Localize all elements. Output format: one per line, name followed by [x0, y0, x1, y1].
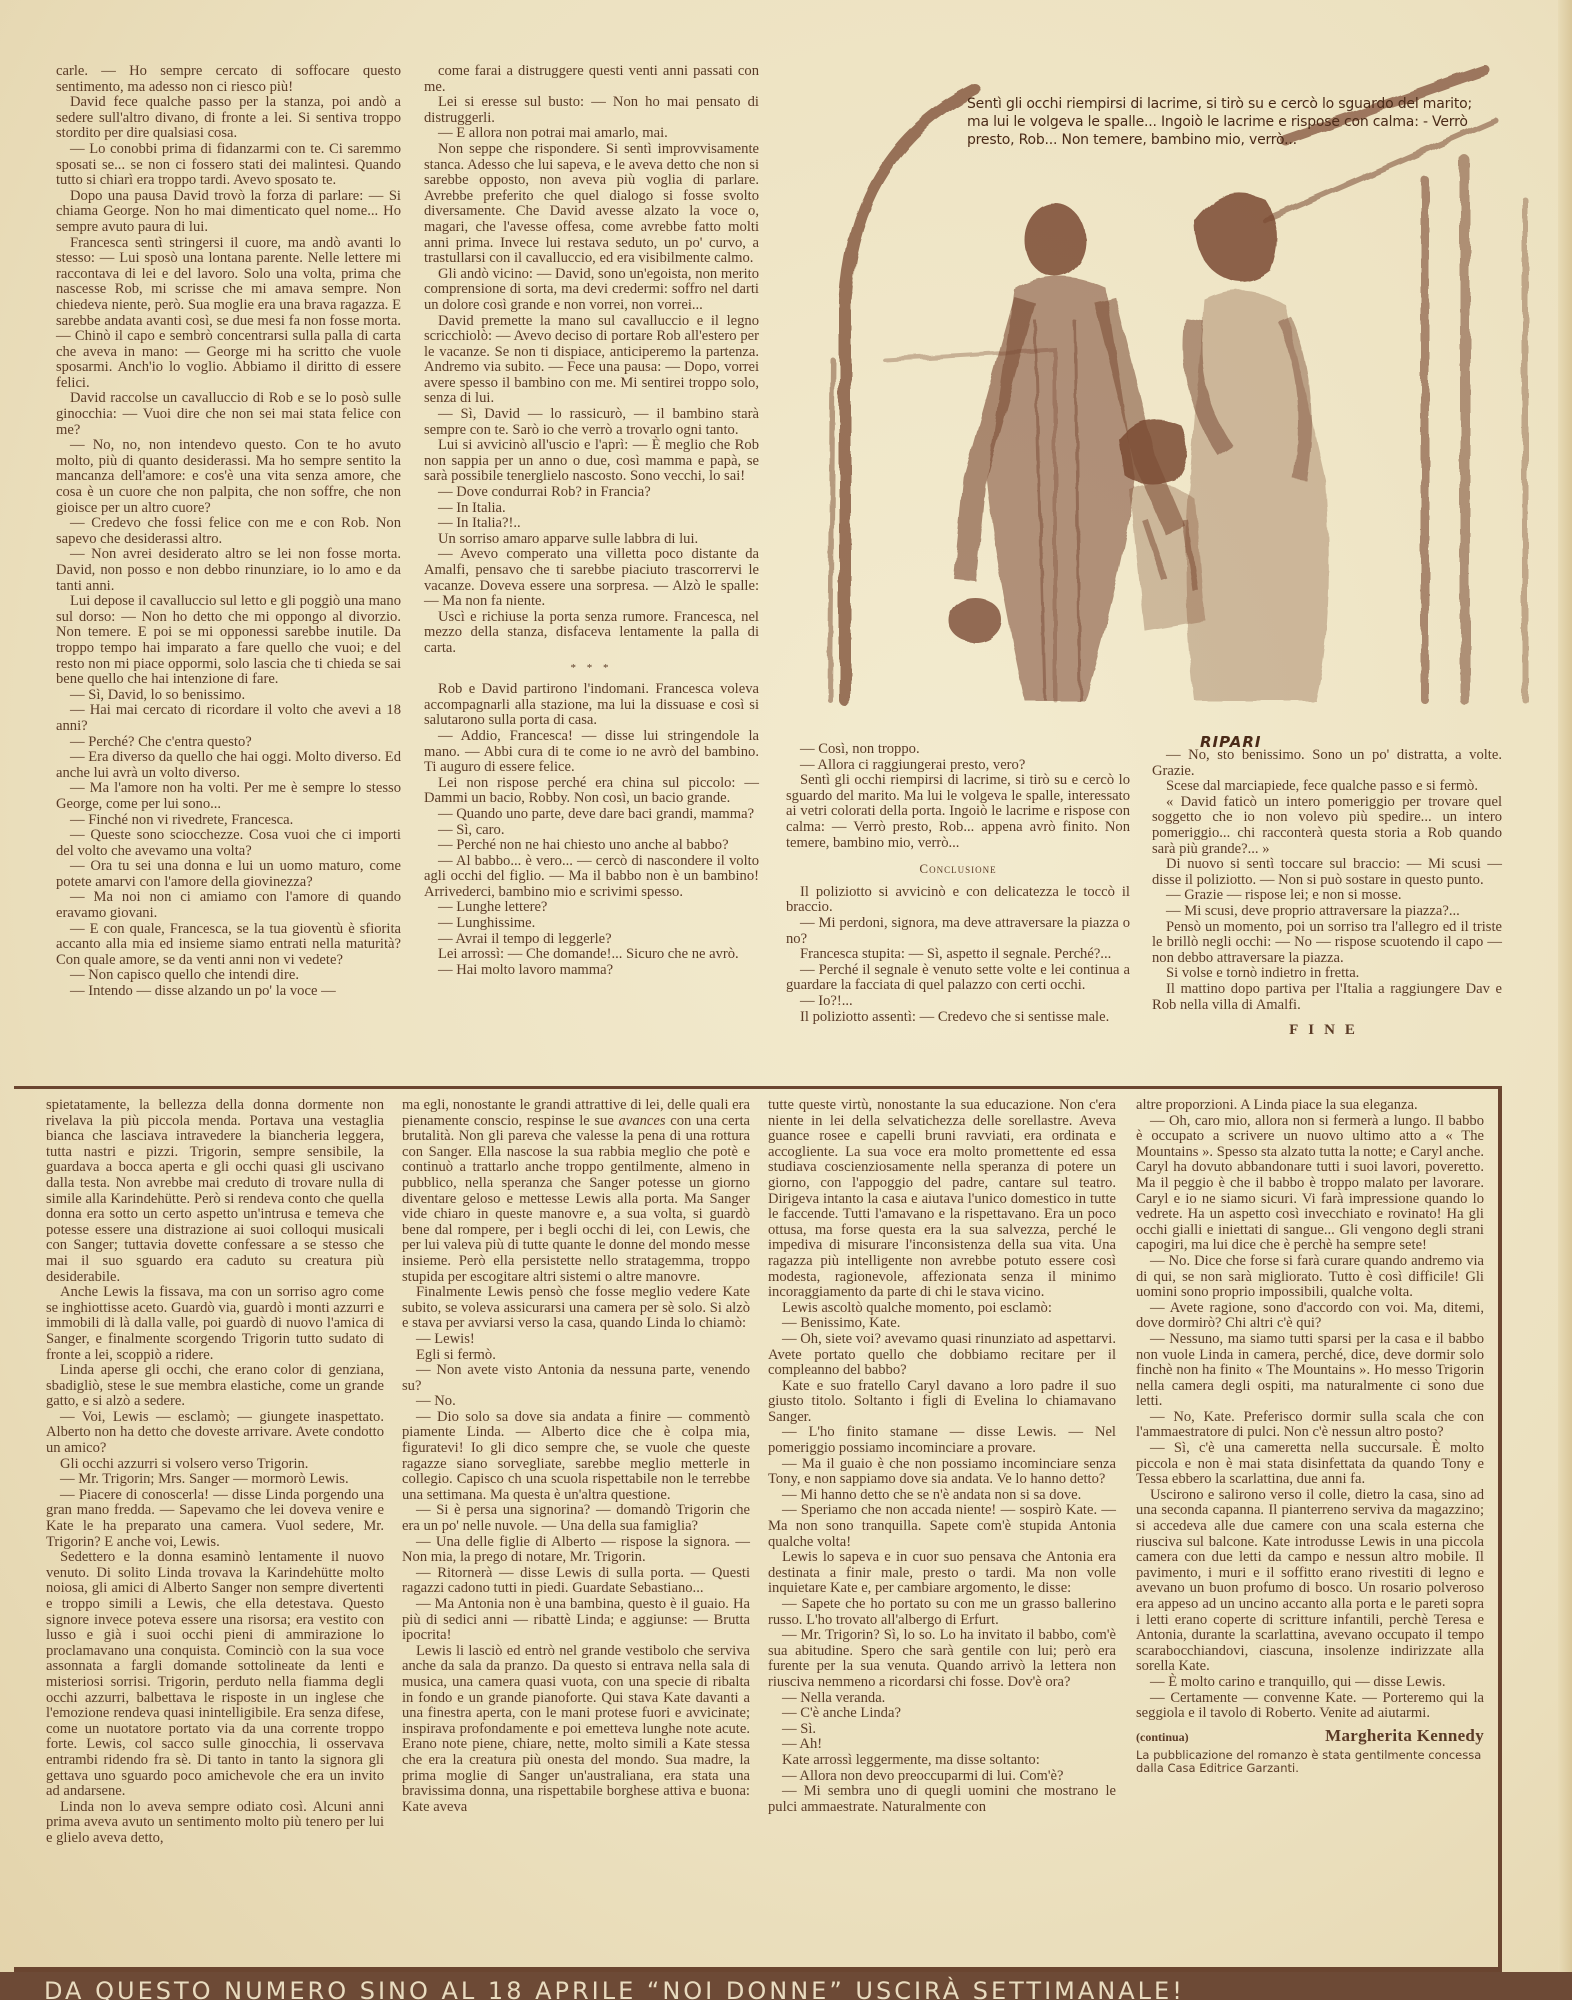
- paragraph: — Piacere di conoscerla! — disse Linda p…: [46, 1488, 384, 1550]
- paragraph: Uscì e richiuse la porta senza rumore. F…: [424, 610, 759, 657]
- paragraph: — No, Kate. Preferisco dormir sulla scal…: [1136, 1410, 1484, 1441]
- paragraph: Kate arrossì leggermente, ma disse solta…: [768, 1753, 1116, 1769]
- continued-label: (continua): [1136, 1730, 1189, 1746]
- paragraph: — Ma il guaio è che non possiamo incomin…: [768, 1457, 1116, 1488]
- paragraph: Sedettero e la donna esaminò lentamente …: [46, 1550, 384, 1800]
- story-column-3-part-a: — Così, non troppo.— Allora ci raggiunge…: [786, 742, 1130, 851]
- paragraph: Non seppe che rispondere. Si sentì impro…: [424, 142, 759, 267]
- paragraph: — Mi sembra uno di quegli uomini che mos…: [768, 1784, 1116, 1815]
- paragraph: — Avete ragione, sono d'accordo con voi.…: [1136, 1301, 1484, 1332]
- author-name: Margherita Kennedy: [1325, 1728, 1484, 1744]
- paragraph: — Nella veranda.: [768, 1691, 1116, 1707]
- section-break: * * *: [424, 661, 759, 677]
- paragraph: — Sì.: [768, 1722, 1116, 1738]
- paragraph: — Si è persa una signorina? — domandò Tr…: [402, 1503, 750, 1534]
- paragraph: Lei si eresse sul busto: — Non ho mai pe…: [424, 95, 759, 126]
- paragraph: — No.: [402, 1394, 750, 1410]
- paragraph: — Credevo che fossi felice con me e con …: [56, 516, 401, 547]
- paragraph: — Hai mai cercato di ricordare il volto …: [56, 703, 401, 734]
- paragraph: — Ah!: [768, 1737, 1116, 1753]
- end-label: FINE: [1152, 1023, 1502, 1039]
- page-edge: [1558, 0, 1572, 1972]
- paragraph: Egli si fermò.: [402, 1348, 750, 1364]
- paragraph: Dopo una pausa David trovò la forza di p…: [56, 189, 401, 236]
- paragraph: — Mr. Trigorin? Sì, lo so. Lo ha invitat…: [768, 1628, 1116, 1690]
- serial-column-4-text: altre proporzioni. A Linda piace la sua …: [1136, 1098, 1484, 1722]
- paragraph: — Non avete visto Antonia da nessuna par…: [402, 1363, 750, 1394]
- paragraph: altre proporzioni. A Linda piace la sua …: [1136, 1098, 1484, 1114]
- paragraph: — Oh, siete voi? avevamo quasi rinunziat…: [768, 1332, 1116, 1379]
- paragraph: — Dio solo sa dove sia andata a finire —…: [402, 1410, 750, 1504]
- paragraph: — Perché? Che c'entra questo?: [56, 735, 401, 751]
- paragraph: — Finché non vi rivedrete, Francesca.: [56, 813, 401, 829]
- story-column-2-part-b: Rob e David partirono l'indomani. France…: [424, 682, 759, 978]
- paragraph: — Non capisco quello che intendi dire.: [56, 968, 401, 984]
- paragraph: « David faticò un intero pomeriggio per …: [1152, 795, 1502, 857]
- paragraph: Il poliziotto assentì: — Credevo che si …: [786, 1010, 1130, 1026]
- announcement-banner: DA QUESTO NUMERO SINO AL 18 APRILE “NOI …: [0, 1972, 1572, 2000]
- paragraph: — Voi, Lewis — esclamò; — giungete inasp…: [46, 1410, 384, 1457]
- paragraph: — Mi scusi, deve proprio attraversare la…: [1152, 904, 1502, 920]
- paragraph: Francesca sentì stringersi il cuore, ma …: [56, 236, 401, 392]
- paragraph: spietatamente, la bellezza della donna d…: [46, 1098, 384, 1285]
- paragraph: — Al babbo... è vero... — cercò di nasco…: [424, 854, 759, 901]
- paragraph: — Lo conobbi prima di fidanzarmi con te.…: [56, 142, 401, 189]
- paragraph: come farai a distruggere questi venti an…: [424, 64, 759, 95]
- paragraph: Gli andò vicino: — David, sono un'egoist…: [424, 267, 759, 314]
- paragraph: carle. — Ho sempre cercato di soffocare …: [56, 64, 401, 95]
- paragraph: — Speriamo che non accada niente! — sosp…: [768, 1503, 1116, 1550]
- paragraph: — Sì, c'è una cameretta nella succursale…: [1136, 1441, 1484, 1488]
- paragraph: — Quando uno parte, deve dare baci grand…: [424, 807, 759, 823]
- paragraph: — Lewis!: [402, 1332, 750, 1348]
- story-column-2-part-a: come farai a distruggere questi venti an…: [424, 64, 759, 657]
- paragraph: — No, no, non intendevo questo. Con te h…: [56, 438, 401, 516]
- paragraph: — In Italia.: [424, 501, 759, 517]
- paragraph: Di nuovo si sentì toccare sul braccio: —…: [1152, 857, 1502, 888]
- paragraph: — Nessuno, ma siamo tutti sparsi per la …: [1136, 1332, 1484, 1410]
- paragraph: — Lunghissime.: [424, 916, 759, 932]
- paragraph: Lewis ascoltò qualche momento, poi escla…: [768, 1301, 1116, 1317]
- paragraph: — No. Dice che forse si farà curare quan…: [1136, 1254, 1484, 1301]
- paragraph: — Sapete che ho portato su con me un gra…: [768, 1597, 1116, 1628]
- paragraph: — Ma Antonia non è una bambina, questo è…: [402, 1597, 750, 1644]
- paragraph: — Mi hanno detto che se n'è andata non s…: [768, 1488, 1116, 1504]
- section-heading-conclusione: Conclusione: [786, 861, 1130, 877]
- paragraph: Pensò un momento, poi un sorriso tra l'a…: [1152, 920, 1502, 967]
- paragraph: — Ma l'amore non ha volti. Per me è semp…: [56, 781, 401, 812]
- paragraph: Lui depose il cavalluccio sul letto e gl…: [56, 594, 401, 688]
- paragraph: Il mattino dopo partiva per l'Italia a r…: [1152, 982, 1502, 1013]
- story-column-1: carle. — Ho sempre cercato di soffocare …: [56, 64, 401, 1000]
- paragraph: — No, sto benissimo. Sono un po' distrat…: [1152, 748, 1502, 779]
- paragraph: — È molto carino e tranquillo, qui — dis…: [1136, 1675, 1484, 1691]
- paragraph: Il poliziotto si avvicinò e con delicate…: [786, 885, 1130, 916]
- paragraph: — E con quale, Francesca, se la tua giov…: [56, 922, 401, 969]
- paragraph: — Non avrei desiderato altro se lei non …: [56, 547, 401, 594]
- paragraph: Kate e suo fratello Caryl davano a loro …: [768, 1379, 1116, 1426]
- serial-column-3: tutte queste virtù, nonostante la sua ed…: [768, 1098, 1116, 1815]
- paragraph: — Ritornerà — disse Lewis di sulla porta…: [402, 1566, 750, 1597]
- byline: (continua) Margherita Kennedy: [1136, 1728, 1484, 1746]
- paragraph: — Mr. Trigorin; Mrs. Sanger — mormorò Le…: [46, 1472, 384, 1488]
- paragraph: Lei arrossì: — Che domande!... Sicuro ch…: [424, 947, 759, 963]
- story-column-3-part-b: Il poliziotto si avvicinò e con delicate…: [786, 885, 1130, 1025]
- publisher-credit: La pubblicazione del romanzo è stata gen…: [1136, 1749, 1484, 1775]
- paragraph: Uscirono e salirono verso il colle, diet…: [1136, 1488, 1484, 1675]
- paragraph: Sentì gli occhi riempirsi di lacrime, si…: [786, 773, 1130, 851]
- paragraph: tutte queste virtù, nonostante la sua ed…: [768, 1098, 1116, 1301]
- paragraph: — Era diverso da quello che hai oggi. Mo…: [56, 750, 401, 781]
- illustration-drawing: [725, 60, 1555, 740]
- paragraph: — In Italia?!..: [424, 516, 759, 532]
- paragraph: — Mi perdoni, signora, ma deve attravers…: [786, 916, 1130, 947]
- paragraph: Rob e David partirono l'indomani. France…: [424, 682, 759, 729]
- serial-column-2: ma egli, nonostante le grandi attrattive…: [402, 1098, 750, 1815]
- paragraph: Un sorriso amaro apparve sulle labbra di…: [424, 532, 759, 548]
- paragraph: David fece qualche passo per la stanza, …: [56, 95, 401, 142]
- serial-column-4: altre proporzioni. A Linda piace la sua …: [1136, 1098, 1484, 1775]
- paragraph: Linda aperse gli occhi, che erano color …: [46, 1363, 384, 1410]
- paragraph: — Addio, Francesca! — disse lui stringen…: [424, 729, 759, 776]
- paragraph: — Ora tu sei una donna e lui un uomo mat…: [56, 859, 401, 890]
- story-column-4-text: — No, sto benissimo. Sono un po' distrat…: [1152, 748, 1502, 1013]
- paragraph: — Dove condurrai Rob? in Francia?: [424, 485, 759, 501]
- paragraph: — Benissimo, Kate.: [768, 1316, 1116, 1332]
- paragraph: — Perché non ne hai chiesto uno anche al…: [424, 838, 759, 854]
- story-column-3: — Così, non troppo.— Allora ci raggiunge…: [786, 742, 1130, 1025]
- paragraph: — Avevo comperato una villetta poco dist…: [424, 547, 759, 609]
- paragraph: Lei non rispose perché era china sul pic…: [424, 776, 759, 807]
- story-illustration: [725, 60, 1555, 740]
- paragraph: Lewis lo sapeva e in cuor suo pensava ch…: [768, 1550, 1116, 1597]
- paragraph: — Ma noi non ci amiamo con l'amore di qu…: [56, 890, 401, 921]
- paragraph: Gli occhi azzurri si volsero verso Trigo…: [46, 1457, 384, 1473]
- paragraph: — Sì, David, lo so benissimo.: [56, 688, 401, 704]
- paragraph: — Perché il segnale è venuto sette volte…: [786, 963, 1130, 994]
- paragraph: Anche Lewis la fissava, ma con un sorris…: [46, 1285, 384, 1363]
- paragraph: — Io?!...: [786, 994, 1130, 1010]
- story-column-2: come farai a distruggere questi venti an…: [424, 64, 759, 978]
- paragraph: — Oh, caro mio, allora non si fermerà a …: [1136, 1114, 1484, 1254]
- story-column-4: — No, sto benissimo. Sono un po' distrat…: [1152, 748, 1502, 1039]
- paragraph: — E allora non potrai mai amarlo, mai.: [424, 126, 759, 142]
- paragraph: — Grazie — rispose lei; e non si mosse.: [1152, 888, 1502, 904]
- paragraph: — Lunghe lettere?: [424, 900, 759, 916]
- paragraph: — C'è anche Linda?: [768, 1706, 1116, 1722]
- serial-column-1: spietatamente, la bellezza della donna d…: [46, 1098, 384, 1847]
- paragraph: Finalmente Lewis pensò che fosse meglio …: [402, 1285, 750, 1332]
- paragraph: — Sì, caro.: [424, 823, 759, 839]
- paragraph: — Hai molto lavoro mamma?: [424, 963, 759, 979]
- paragraph: — L'ho finito stamane — disse Lewis. — N…: [768, 1425, 1116, 1456]
- illustration-caption: Sentì gli occhi riempirsi di lacrime, si…: [967, 95, 1487, 149]
- paragraph: Scese dal marciapiede, fece qualche pass…: [1152, 779, 1502, 795]
- paragraph: — Allora ci raggiungerai presto, vero?: [786, 758, 1130, 774]
- paragraph: — Intendo — disse alzando un po' la voce…: [56, 984, 401, 1000]
- paragraph: — Queste sono sciocchezze. Cosa vuoi che…: [56, 828, 401, 859]
- paragraph: Lewis li lasciò ed entrò nel grande vest…: [402, 1644, 750, 1816]
- paragraph: Francesca stupita: — Sì, aspetto il segn…: [786, 947, 1130, 963]
- paragraph: — Avrai il tempo di leggerle?: [424, 932, 759, 948]
- paragraph: Lui si avvicinò all'uscio e l'aprì: — È …: [424, 438, 759, 485]
- paragraph: — Così, non troppo.: [786, 742, 1130, 758]
- magazine-page: carle. — Ho sempre cercato di soffocare …: [0, 0, 1572, 2000]
- paragraph: Linda non lo aveva sempre odiato così. A…: [46, 1800, 384, 1847]
- paragraph: Si volse e tornò indietro in fretta.: [1152, 966, 1502, 982]
- paragraph: ma egli, nonostante le grandi attrattive…: [402, 1098, 750, 1285]
- paragraph: — Sì, David — lo rassicurò, — il bambino…: [424, 407, 759, 438]
- paragraph: — Allora non devo preoccuparmi di lui. C…: [768, 1769, 1116, 1785]
- paragraph: David raccolse un cavalluccio di Rob e s…: [56, 391, 401, 438]
- paragraph: — Una delle figlie di Alberto — rispose …: [402, 1535, 750, 1566]
- paragraph: — Certamente — convenne Kate. — Porterem…: [1136, 1691, 1484, 1722]
- paragraph: David premette la mano sul cavalluccio e…: [424, 314, 759, 408]
